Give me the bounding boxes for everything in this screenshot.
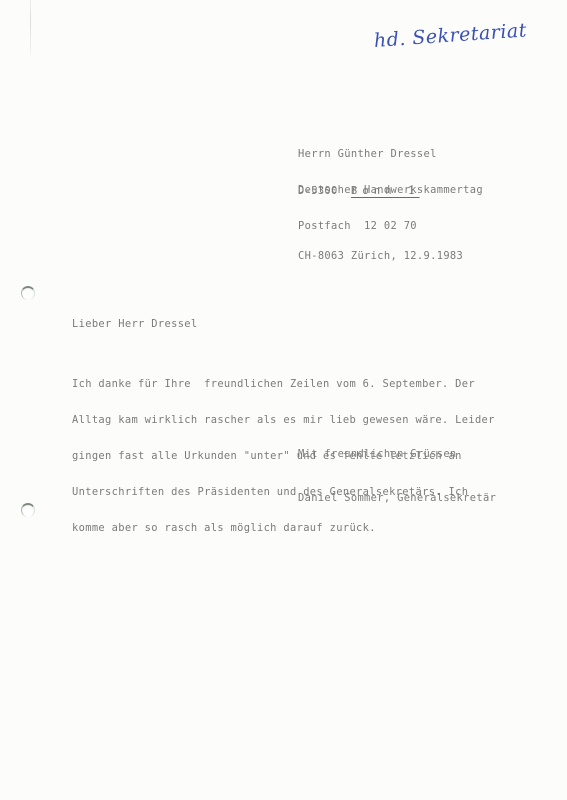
recipient-line: Herrn Günther Dressel bbox=[298, 148, 483, 160]
place-and-date: CH-8063 Zürich, 12.9.1983 bbox=[298, 250, 463, 262]
handwritten-annotation: hd. Sekretariat bbox=[373, 19, 527, 52]
recipient-city-line: D-5300 Bonn 1 bbox=[298, 185, 420, 197]
closing-phrase: Mit freundlichen Grüssen bbox=[298, 448, 457, 460]
postal-code: D-5300 bbox=[298, 185, 338, 197]
body-line: Alltag kam wirklich rascher als es mir l… bbox=[72, 414, 495, 426]
signature-line: Daniel Sommer, Generalsekretär bbox=[298, 492, 496, 504]
paper-edge-mark bbox=[30, 0, 31, 55]
body-line: Ich danke für Ihre freundlichen Zeilen v… bbox=[72, 378, 495, 390]
letter-page: hd. Sekretariat Herrn Günther Dressel De… bbox=[0, 0, 567, 800]
recipient-line: Postfach 12 02 70 bbox=[298, 220, 483, 232]
punch-hole-top bbox=[21, 286, 35, 300]
punch-hole-bottom bbox=[21, 503, 35, 517]
salutation: Lieber Herr Dressel bbox=[72, 318, 198, 330]
body-line: komme aber so rasch als möglich darauf z… bbox=[72, 522, 495, 534]
city-name: Bonn 1 bbox=[351, 185, 420, 197]
